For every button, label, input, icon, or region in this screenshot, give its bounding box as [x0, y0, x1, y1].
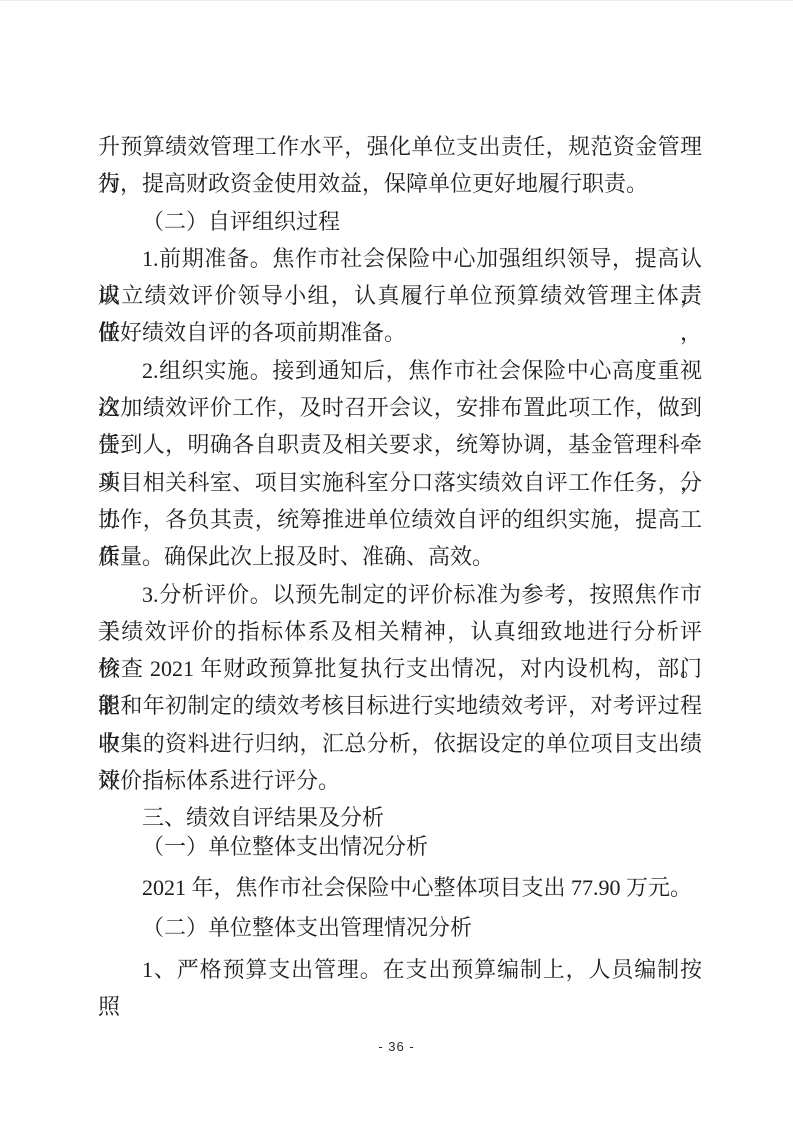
doc-line: 任到人，明确各自职责及相关要求，统筹协调，基金管理科牵头，	[98, 426, 702, 463]
doc-line: 协作，各负其责，统筹推进单位绩效自评的组织实施，提高工作	[98, 501, 702, 538]
doc-line: 2021 年，焦作市社会保险中心整体项目支出 77.90 万元。	[98, 869, 702, 906]
doc-line: 1、严格预算支出管理。在支出预算编制上，人员编制按照	[98, 951, 702, 988]
doc-line: 质量。确保此次上报及时、准确、高效。	[98, 538, 702, 575]
doc-line: 1.前期准备。焦作市社会保险中心加强组织领导，提高认识，	[98, 240, 702, 277]
doc-line: 能和年初制定的绩效考核目标进行实地绩效考评，对考评过程中	[98, 687, 702, 724]
doc-line: （二）单位整体支出管理情况分析	[98, 909, 702, 946]
doc-line: 为，提高财政资金使用效益，保障单位更好地履行职责。	[98, 165, 702, 202]
doc-line: 次加绩效评价工作，及时召开会议，安排布置此项工作，做到责	[98, 389, 702, 426]
document-body: 升预算绩效管理工作水平，强化单位支出责任，规范资金管理行为，提高财政资金使用效益…	[98, 128, 702, 988]
doc-line: 核查 2021 年财政预算批复执行支出情况，对内设机构，部门职	[98, 650, 702, 687]
doc-line: 升预算绩效管理工作水平，强化单位支出责任，规范资金管理行	[98, 128, 702, 165]
doc-line: 评价指标体系进行评分。	[98, 762, 702, 799]
doc-line: （二）自评组织过程	[98, 203, 702, 240]
doc-line: 项目相关科室、项目实施科室分口落实绩效自评工作任务，分工	[98, 464, 702, 501]
document-page: 升预算绩效管理工作水平，强化单位支出责任，规范资金管理行为，提高财政资金使用效益…	[0, 0, 793, 1123]
doc-line: 于绩效评价的指标体系及相关精神，认真细致地进行分析评价。	[98, 613, 702, 650]
doc-line: （一）单位整体支出情况分析	[98, 828, 702, 865]
doc-line: 3.分析评价。以预先制定的评价标准为参考，按照焦作市关	[98, 576, 702, 613]
doc-line: 收集的资料进行归纳，汇总分析，依据设定的单位项目支出绩效	[98, 725, 702, 762]
doc-line: 2.组织实施。接到通知后，焦作市社会保险中心高度重视这	[98, 352, 702, 389]
doc-line: 成立绩效评价领导小组，认真履行单位预算绩效管理主体责任，	[98, 277, 702, 314]
page-number: - 36 -	[0, 1039, 793, 1054]
